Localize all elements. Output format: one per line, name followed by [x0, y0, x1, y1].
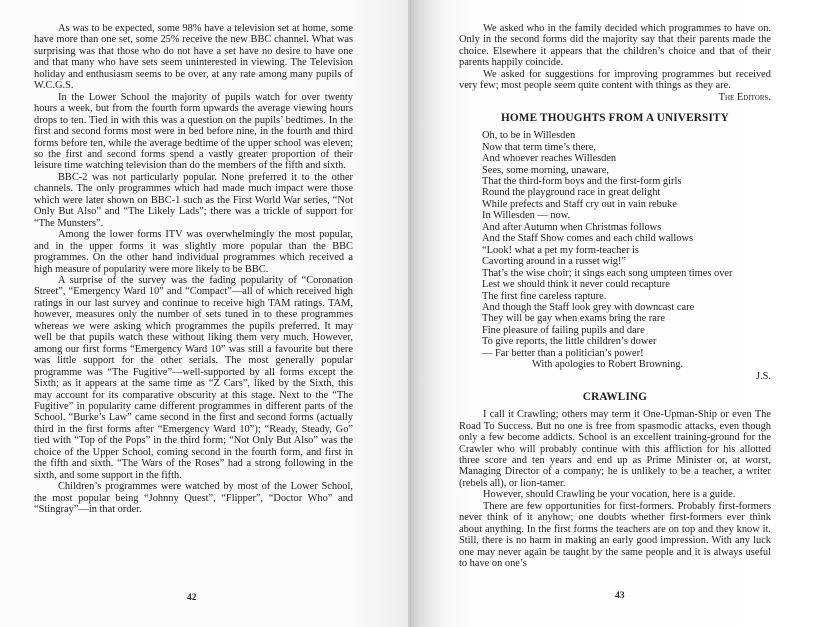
paragraph: BBC-2 was not particularly popular. None… — [34, 172, 353, 229]
poem-line: And though the Staff look grey with down… — [482, 302, 771, 313]
poem-line: The first fine careless rapture. — [482, 291, 771, 302]
poem-title: HOME THOUGHTS FROM A UNIVERSITY — [459, 112, 771, 124]
right-page: We asked who in the family decided which… — [410, 0, 813, 627]
page-number: 43 — [615, 590, 625, 601]
poem-line: They will be gay when exams bring the ra… — [482, 313, 771, 324]
poem-line: Round the playground race in great delig… — [482, 187, 771, 198]
page-number: 42 — [187, 592, 197, 603]
paragraph: We asked who in the family decided which… — [459, 23, 771, 69]
poem: Oh, to be in Willesden Now that term tim… — [459, 130, 771, 359]
poem-line: Now that term time’s there, — [482, 142, 771, 153]
poem-line: Oh, to be in Willesden — [482, 130, 771, 141]
poem-line: While prefects and Staff cry out in vain… — [482, 199, 771, 210]
poem-line: Fine pleasure of failing pupils and dare — [482, 325, 771, 336]
poem-line: Lest we should think it never could reca… — [482, 279, 771, 290]
paragraph: However, should Crawling be your vocatio… — [459, 489, 771, 500]
paragraph: In the Lower School the majority of pupi… — [34, 92, 353, 172]
book-spine — [408, 0, 411, 627]
poem-line: And the Staff Show comes and each child … — [482, 233, 771, 244]
book-spread: As was to be expected, some 98% have a t… — [0, 0, 813, 627]
paragraph: There are few opportunities for first-fo… — [459, 501, 771, 570]
paragraph: As was to be expected, some 98% have a t… — [34, 23, 353, 92]
poem-line: “Look! what a pet my form-teacher is — [482, 245, 771, 256]
paragraph: A surprise of the survey was the fading … — [34, 275, 353, 481]
tv-survey-conclusion: We asked who in the family decided which… — [459, 23, 771, 569]
poem-line: And whoever reaches Willesden — [482, 153, 771, 164]
paragraph: We asked for suggestions for improving p… — [459, 69, 771, 92]
author-initials: J.S. — [459, 371, 771, 382]
poem-line: To give reports, the little children’s d… — [482, 336, 771, 347]
paragraph: Among the lower forms ITV was overwhelmi… — [34, 229, 353, 275]
paragraph: I call it Crawling; others may term it O… — [459, 409, 771, 489]
article-title: CRAWLING — [459, 391, 771, 403]
poem-dedication: With apologies to Robert Browning. — [459, 359, 771, 370]
editors-signature: The Editors. — [459, 92, 771, 103]
poem-line: — Far better than a politician’s power! — [482, 348, 771, 359]
poem-line: Sees, some morning, unaware, — [482, 165, 771, 176]
poem-line: In Willesden — now. — [482, 210, 771, 221]
paragraph: Children’s programmes were watched by mo… — [34, 481, 353, 515]
poem-line: And after Autumn when Christmas follows — [482, 222, 771, 233]
tv-survey-article: As was to be expected, some 98% have a t… — [34, 23, 353, 515]
poem-line: That the third-form boys and the first-f… — [482, 176, 771, 187]
left-page: As was to be expected, some 98% have a t… — [0, 0, 410, 627]
poem-line: Cavorting around in a russet wig!” — [482, 256, 771, 267]
poem-line: That’s the wise choir; it sings each son… — [482, 268, 771, 279]
